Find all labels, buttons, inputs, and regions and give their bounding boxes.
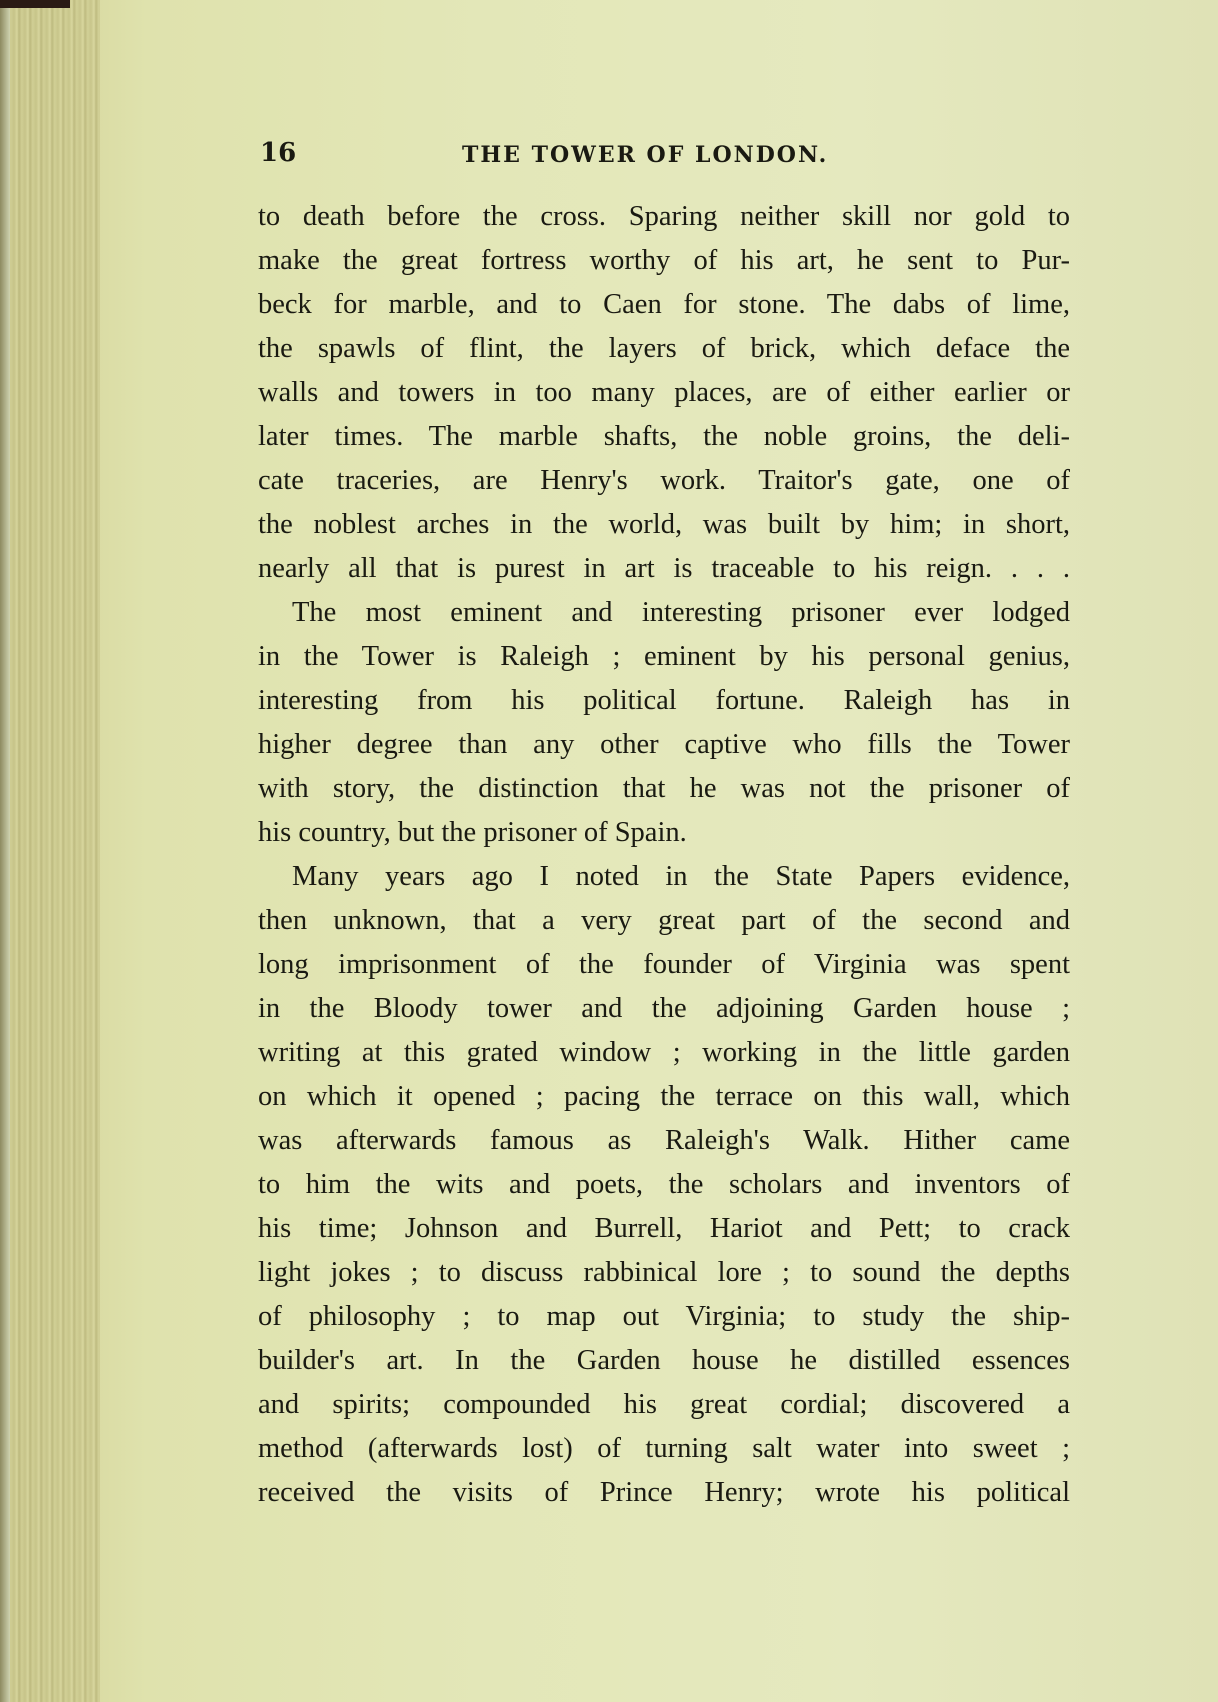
text-line: in the Bloody tower and the adjoining Ga…	[258, 987, 1070, 1031]
text-line: beck for marble, and to Caen for stone. …	[258, 283, 1070, 327]
page-number: 16	[260, 138, 296, 168]
paragraph-3: Many years ago I noted in the State Pape…	[258, 855, 1070, 1515]
text-line: long imprisonment of the founder of Virg…	[258, 943, 1070, 987]
text-line: received the visits of Prince Henry; wro…	[258, 1471, 1070, 1515]
text-line: The most eminent and interesting prisone…	[258, 591, 1070, 635]
text-line: nearly all that is purest in art is trac…	[258, 547, 1070, 591]
text-line: Many years ago I noted in the State Pape…	[258, 855, 1070, 899]
text-line: later times. The marble shafts, the nobl…	[258, 415, 1070, 459]
text-line: method (afterwards lost) of turning salt…	[258, 1427, 1070, 1471]
text-line: was afterwards famous as Raleigh's Walk.…	[258, 1119, 1070, 1163]
text-line: of philosophy ; to map out Virginia; to …	[258, 1295, 1070, 1339]
text-line: the noblest arches in the world, was bui…	[258, 503, 1070, 547]
text-line: on which it opened ; pacing the terrace …	[258, 1075, 1070, 1119]
text-line: to him the wits and poets, the scholars …	[258, 1163, 1070, 1207]
text-line: his time; Johnson and Burrell, Hariot an…	[258, 1207, 1070, 1251]
body-text: to death before the cross. Sparing neith…	[258, 195, 1070, 1515]
text-line: interesting from his political fortune. …	[258, 679, 1070, 723]
paragraph-1: to death before the cross. Sparing neith…	[258, 195, 1070, 591]
text-line: and spirits; compounded his great cordia…	[258, 1383, 1070, 1427]
text-line: in the Tower is Raleigh ; eminent by his…	[258, 635, 1070, 679]
text-line: builder's art. In the Garden house he di…	[258, 1339, 1070, 1383]
text-line: light jokes ; to discuss rabbinical lore…	[258, 1251, 1070, 1295]
text-line: with story, the distinction that he was …	[258, 767, 1070, 811]
text-line: make the great fortress worthy of his ar…	[258, 239, 1070, 283]
running-head-title: THE TOWER OF LONDON.	[462, 142, 828, 168]
text-line: to death before the cross. Sparing neith…	[258, 195, 1070, 239]
text-line: his country, but the prisoner of Spain.	[258, 811, 1070, 855]
binding-shadow	[0, 0, 10, 1702]
text-line: writing at this grated window ; working …	[258, 1031, 1070, 1075]
paragraph-2: The most eminent and interesting prisone…	[258, 591, 1070, 855]
text-line: walls and towers in too many places, are…	[258, 371, 1070, 415]
text-line: then unknown, that a very great part of …	[258, 899, 1070, 943]
text-line: higher degree than any other captive who…	[258, 723, 1070, 767]
corner-shadow	[0, 0, 70, 8]
text-line: cate traceries, are Henry's work. Traito…	[258, 459, 1070, 503]
text-line: the spawls of flint, the layers of brick…	[258, 327, 1070, 371]
page-edges	[0, 0, 100, 1702]
